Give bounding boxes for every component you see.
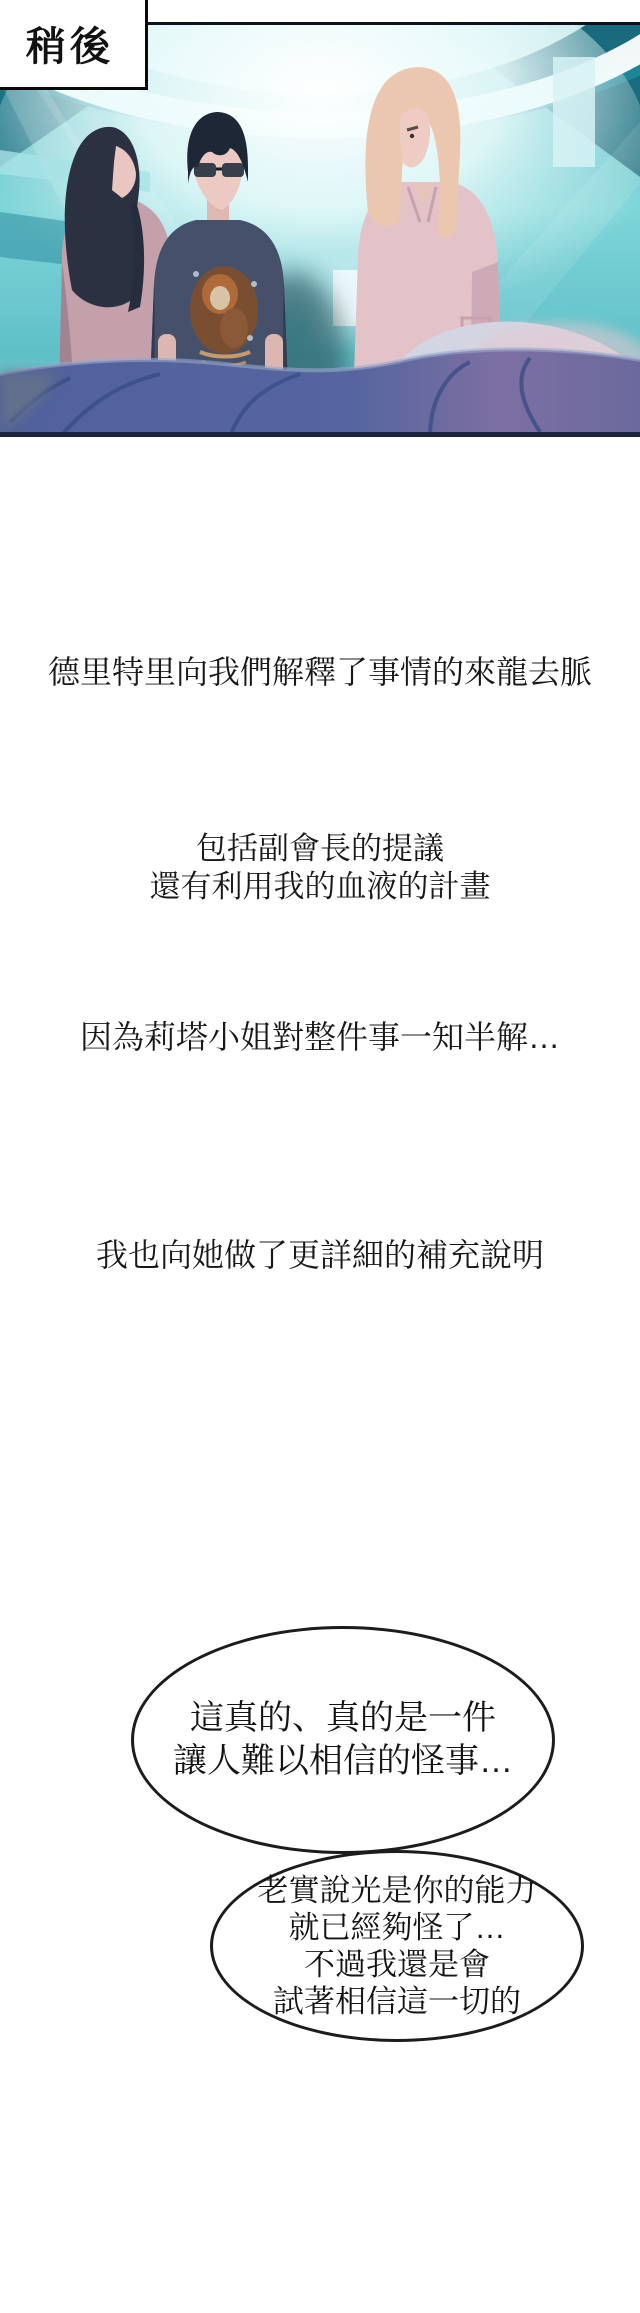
comic-page: 稍後 德里特里向我們解釋了事情的來龍去脈 包括副會長的提議 還有利用我的血液的計…: [0, 0, 640, 2313]
narration-block-4: 我也向她做了更詳細的補充說明: [0, 1235, 640, 1275]
bubble-text: 這真的、真的是一件 讓人難以相信的怪事…: [173, 1697, 513, 1783]
bubble-text-line: 老實說光是你的能力: [258, 1872, 537, 1909]
narration-block-2: 包括副會長的提議 還有利用我的血液的計畫: [0, 830, 640, 906]
bubble-text-line: 這真的、真的是一件: [173, 1697, 513, 1740]
narration-line: 包括副會長的提議: [0, 830, 640, 868]
panel-border-bottom: [0, 432, 640, 437]
narration-line: 德里特里向我們解釋了事情的來龍去脈: [0, 652, 640, 692]
speech-bubble-2: 老實說光是你的能力 就已經夠怪了… 不過我還是會 試著相信這一切的: [210, 1850, 584, 2042]
time-label-box: 稍後: [0, 0, 148, 90]
bubble-text-line: 讓人難以相信的怪事…: [173, 1740, 513, 1783]
right-wall-light-slit: [553, 57, 595, 167]
time-label-text: 稍後: [26, 15, 114, 72]
narration-line: 我也向她做了更詳細的補充說明: [0, 1235, 640, 1275]
narration-line: 還有利用我的血液的計畫: [0, 868, 640, 906]
narration-line: 因為莉塔小姐對整件事一知半解…: [0, 1017, 640, 1057]
bubble-text-line: 試著相信這一切的: [258, 1983, 537, 2020]
narration-block-3: 因為莉塔小姐對整件事一知半解…: [0, 1017, 640, 1057]
bubble-text: 老實說光是你的能力 就已經夠怪了… 不過我還是會 試著相信這一切的: [258, 1872, 537, 2020]
bubble-text-line: 就已經夠怪了…: [258, 1909, 537, 1946]
bubble-text-line: 不過我還是會: [258, 1946, 537, 1983]
narration-block-1: 德里特里向我們解釋了事情的來龍去脈: [0, 652, 640, 692]
speech-bubble-1: 這真的、真的是一件 讓人難以相信的怪事…: [131, 1626, 555, 1854]
